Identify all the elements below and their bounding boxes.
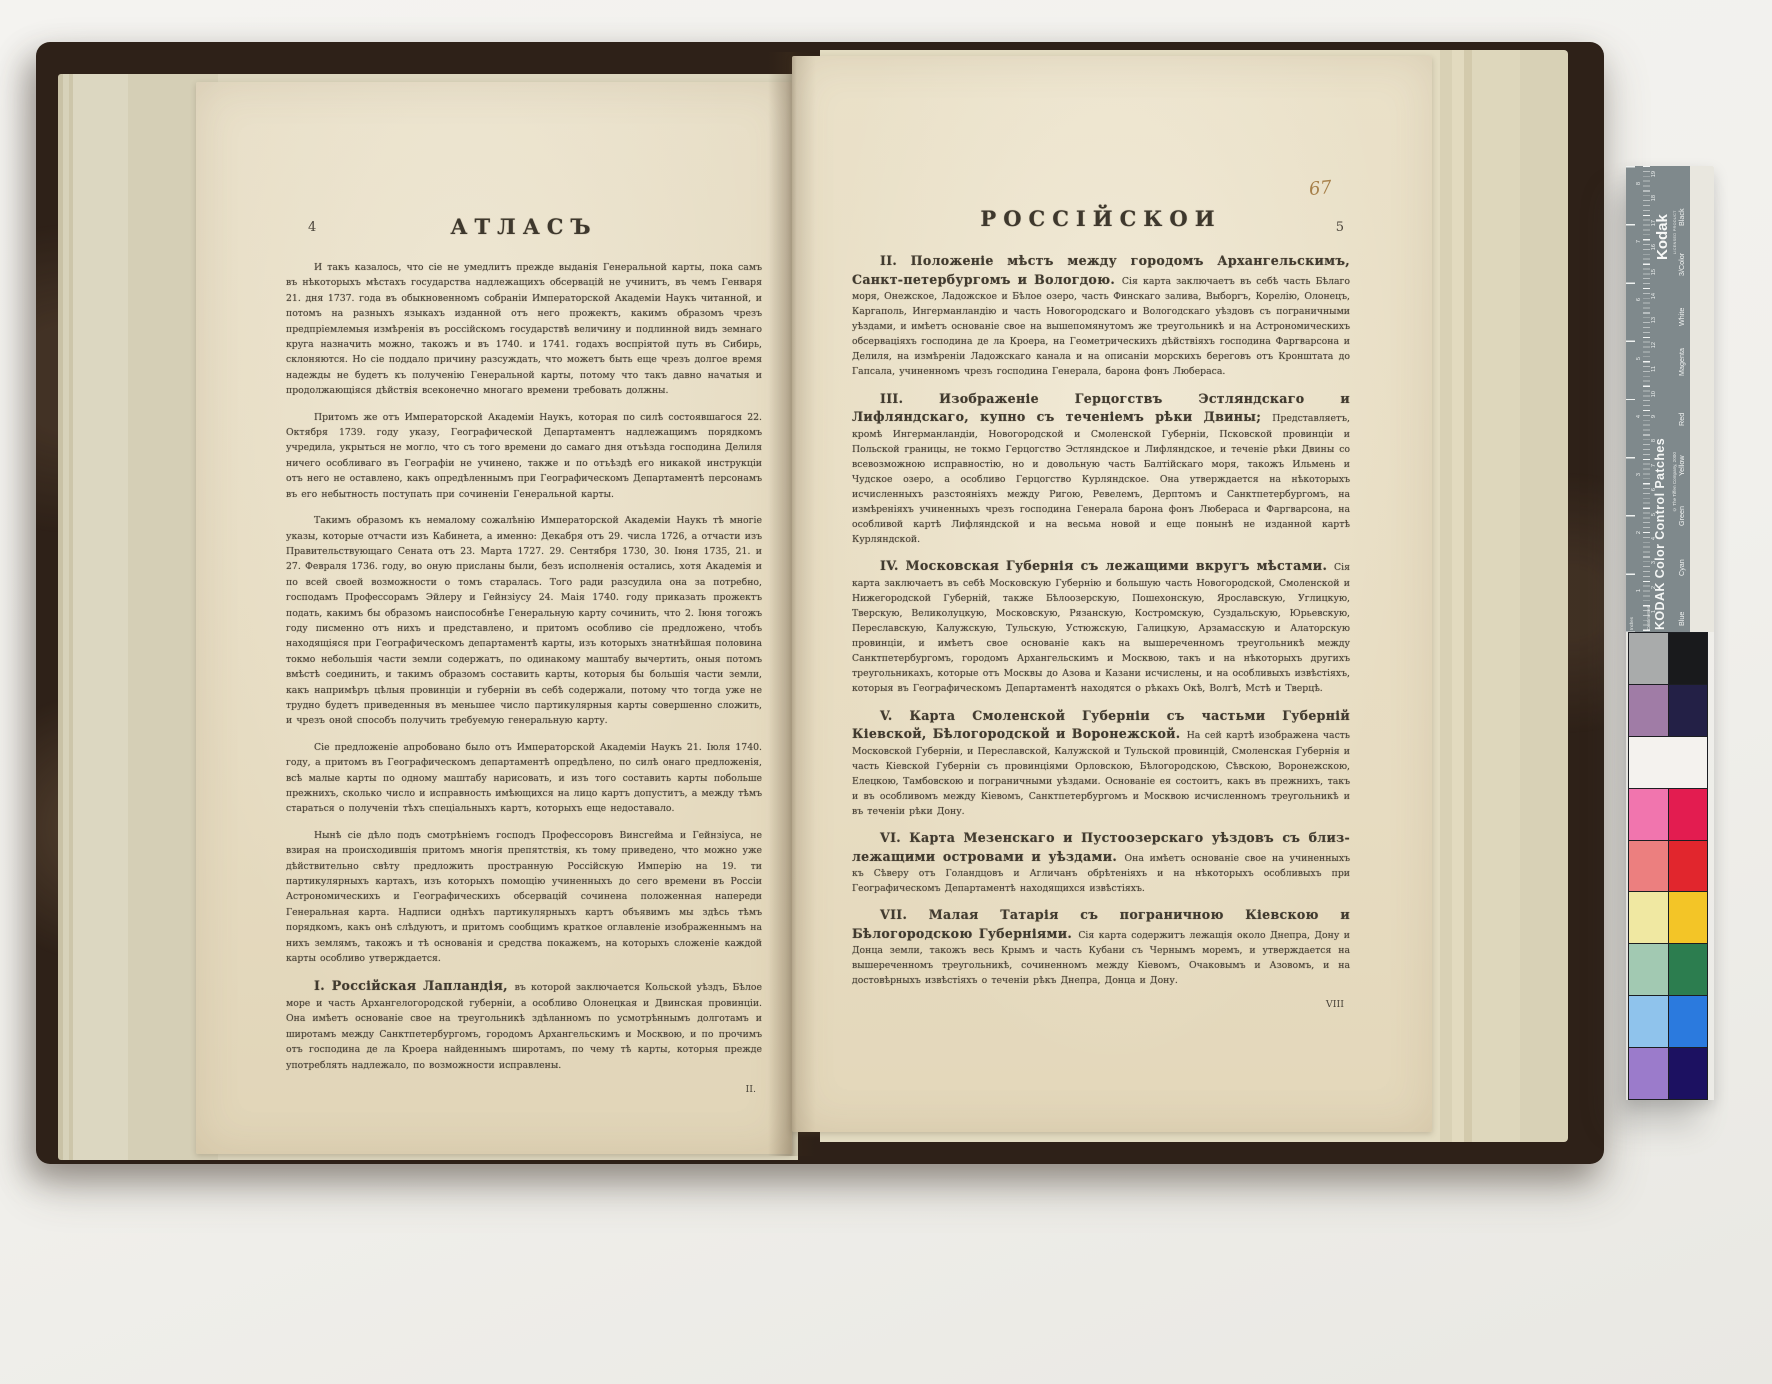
patch-row <box>1629 841 1707 892</box>
section-heading: I. Россійская Лапландія, <box>314 978 515 993</box>
patch-row <box>1629 633 1707 684</box>
scale-caption: Inches <box>1629 570 1634 630</box>
patch-full-red <box>1669 841 1708 892</box>
cm-number: 8 <box>1651 439 1657 442</box>
cm-number: 19 <box>1651 171 1657 177</box>
inch-number: 7 <box>1636 240 1642 243</box>
paragraph: Нынѣ сіе дѣло подъ смотрѣніемъ господъ П… <box>286 828 762 967</box>
paragraph: И такъ казалось, что сіе не умедлитъ пре… <box>286 260 762 399</box>
section-paragraph: V. Карта Смоленской Губерніи съ частьми … <box>852 707 1350 819</box>
cm-ticks <box>1643 166 1650 632</box>
patch-tint-red <box>1629 841 1668 892</box>
kodak-ruler: KODAK Color Control Patches © The Tiffen… <box>1626 166 1714 632</box>
cm-number: 13 <box>1651 317 1657 323</box>
cm-number: 3 <box>1651 561 1657 564</box>
section-paragraph: II. Положеніе мѣстъ между городомъ Архан… <box>852 252 1350 380</box>
patch-tint-3/color <box>1629 685 1668 736</box>
patch-full-magenta <box>1669 789 1708 840</box>
cm-number: 16 <box>1651 244 1657 250</box>
patch-label: Red <box>1677 374 1686 426</box>
patch-full-yellow <box>1669 892 1708 943</box>
section-body: Представляетъ, кромѣ Ингерманландіи, Нов… <box>852 413 1350 545</box>
section-paragraph: III. Изображеніе Герцогствъ Эстляндскаго… <box>852 390 1350 548</box>
patch-label: Yellow <box>1677 424 1686 476</box>
cm-number: 10 <box>1651 391 1657 397</box>
cm-number: 2 <box>1651 586 1657 589</box>
cm-number: 4 <box>1651 537 1657 540</box>
kodak-color-strip: KODAK Color Control Patches © The Tiffen… <box>1626 166 1714 1100</box>
patch-label: Blue <box>1677 574 1686 626</box>
handwritten-folio: 67 <box>1308 177 1333 200</box>
left-page-header: 4 АТЛАСЪ <box>286 214 762 260</box>
paragraph: Такимъ образомъ къ немалому сожалѣнію Им… <box>286 513 762 729</box>
cm-number: 1 <box>1651 610 1657 613</box>
patch-full-green <box>1669 944 1708 995</box>
cm-number: 15 <box>1651 269 1657 275</box>
section-paragraph: VI. Карта Мезенскаго и Пустоозерскаго уѣ… <box>852 829 1350 896</box>
patch-full-black <box>1669 633 1708 684</box>
patch-tint-black <box>1629 633 1668 684</box>
kodak-color-patches <box>1628 632 1708 1100</box>
patch-label: White <box>1677 274 1686 326</box>
section-body: въ которой заключается Кольской уѣздъ, Б… <box>286 982 762 1070</box>
patch-white <box>1629 737 1707 788</box>
patch-row <box>1629 1048 1707 1099</box>
patch-full-blue <box>1669 1048 1708 1099</box>
patch-row <box>1629 737 1707 788</box>
patch-full-cyan <box>1669 996 1708 1047</box>
inch-number: 6 <box>1636 298 1642 301</box>
right-catchword: VIII <box>852 999 1350 1010</box>
patch-row <box>1629 685 1707 736</box>
section-paragraph: VII. Малая Татарія съ пограничною Кіевск… <box>852 906 1350 988</box>
cm-number: 9 <box>1651 415 1657 418</box>
section-heading: IV. Московская Губернія съ лежащими вкру… <box>880 558 1334 573</box>
kodak-ruler-band: KODAK Color Control Patches © The Tiffen… <box>1626 166 1690 632</box>
inch-number: 2 <box>1636 531 1642 534</box>
patch-label: Black <box>1677 174 1686 226</box>
right-page-text: II. Положеніе мѣстъ между городомъ Архан… <box>852 252 1350 989</box>
inch-number: 4 <box>1636 415 1642 418</box>
inch-ticks <box>1626 166 1635 632</box>
cm-number: 7 <box>1651 464 1657 467</box>
inch-number: 1 <box>1636 589 1642 592</box>
cm-number: 6 <box>1651 488 1657 491</box>
patch-tint-yellow <box>1629 892 1668 943</box>
patch-row <box>1629 892 1707 943</box>
cm-number: 18 <box>1651 195 1657 201</box>
scan-background: 4 АТЛАСЪ И такъ казалось, что сіе не уме… <box>0 0 1772 1384</box>
cm-number: 5 <box>1651 513 1657 516</box>
inch-number: 5 <box>1636 357 1642 360</box>
cm-number: 11 <box>1651 366 1657 372</box>
section-paragraph: I. Россійская Лапландія, въ которой закл… <box>286 977 762 1073</box>
paragraph: Притомъ же отъ Императорской Академіи На… <box>286 410 762 502</box>
section-body: Сія карта заключаетъ въ себѣ часть Бѣлаг… <box>852 276 1350 378</box>
cm-number: 14 <box>1651 293 1657 299</box>
patch-tint-cyan <box>1629 996 1668 1047</box>
patch-label: Green <box>1677 474 1686 526</box>
inch-number: 3 <box>1636 473 1642 476</box>
right-running-title: РОССІЙСКОИ <box>852 206 1350 231</box>
section-body: На сей картѣ изображена часть Московской… <box>852 730 1350 817</box>
patch-row <box>1629 789 1707 840</box>
inch-number: 8 <box>1636 182 1642 185</box>
patch-label: Cyan <box>1677 524 1686 576</box>
left-running-title: АТЛАСЪ <box>286 214 762 239</box>
patch-tint-green <box>1629 944 1668 995</box>
scale-caption: Centimetres <box>1646 570 1651 630</box>
left-catchword: II. <box>286 1084 762 1095</box>
paragraph: Сіе предложеніе апробовано было отъ Импе… <box>286 740 762 817</box>
patch-label: 3/Color <box>1677 224 1686 276</box>
section-paragraph: IV. Московская Губернія съ лежащими вкру… <box>852 557 1350 696</box>
patch-tint-blue <box>1629 1048 1668 1099</box>
right-page-number: 5 <box>1336 220 1344 235</box>
kodak-strip-title: KODAK Color Control Patches <box>1653 278 1667 630</box>
right-page: 67 РОССІЙСКОИ 5 II. Положеніе мѣстъ межд… <box>792 56 1432 1132</box>
section-body: Сія карта заключаетъ въ себѣ Московскую … <box>852 562 1350 694</box>
patch-row <box>1629 944 1707 995</box>
patch-full-3/color <box>1669 685 1708 736</box>
left-page: 4 АТЛАСЪ И такъ казалось, что сіе не уме… <box>196 82 792 1154</box>
patch-row <box>1629 996 1707 1047</box>
patch-label: Magenta <box>1677 324 1686 376</box>
patch-tint-magenta <box>1629 789 1668 840</box>
left-page-text: И такъ казалось, что сіе не умедлитъ пре… <box>286 260 762 1073</box>
cm-number: 12 <box>1651 342 1657 348</box>
right-page-header: 67 РОССІЙСКОИ 5 <box>852 206 1350 252</box>
cm-number: 17 <box>1651 220 1657 226</box>
